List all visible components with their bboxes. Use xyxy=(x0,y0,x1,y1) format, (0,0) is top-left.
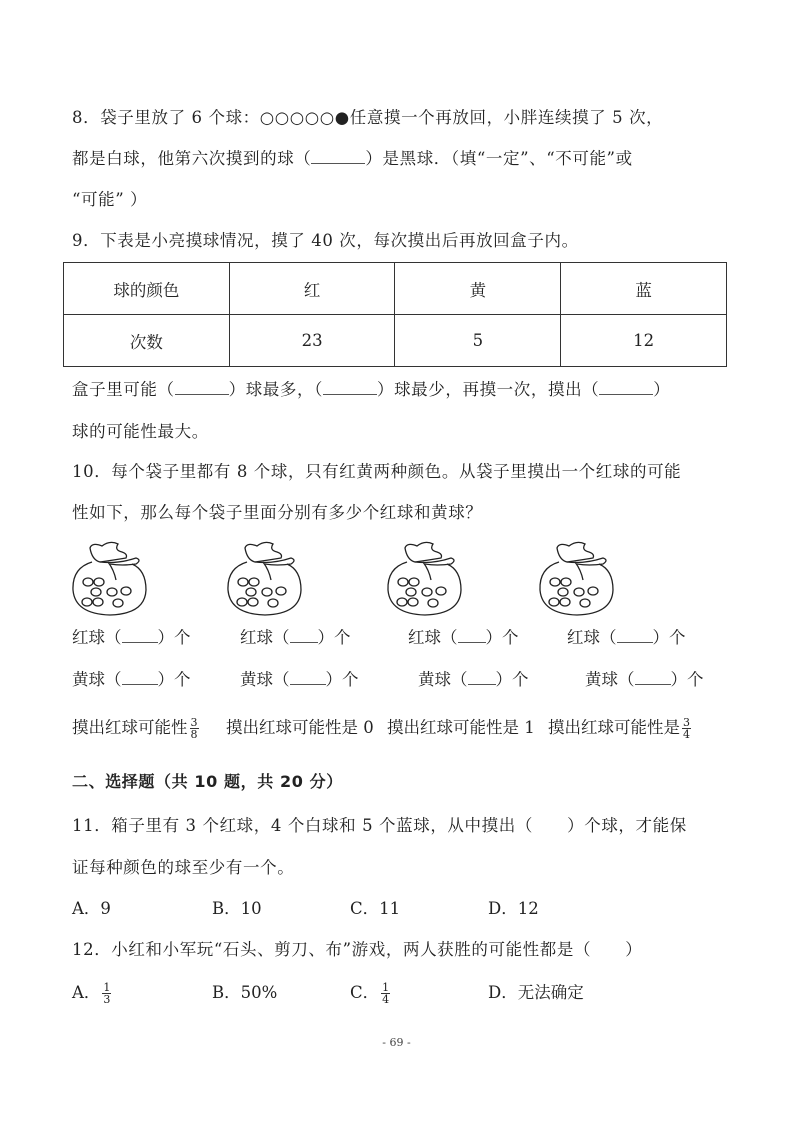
table-cell: 黄 xyxy=(395,263,561,315)
q12-stem: 12．小红和小军玩“石头、剪刀、布”游戏，两人获胜的可能性都是（ ） xyxy=(72,938,642,962)
table-cell: 23 xyxy=(229,315,395,367)
unit: ）个 xyxy=(158,628,191,647)
unit: ）个 xyxy=(318,628,351,647)
table-cell: 5 xyxy=(395,315,561,367)
q12-option-b[interactable]: B．50% xyxy=(212,981,277,1005)
caption-text: 摸出红球可能性 xyxy=(72,718,188,737)
q12-option-d[interactable]: D．无法确定 xyxy=(488,981,584,1005)
answer-blank[interactable] xyxy=(458,627,486,643)
q12-option-c[interactable]: C．14 xyxy=(350,981,392,1005)
table-cell: 球的颜色 xyxy=(64,263,230,315)
answer-blank[interactable] xyxy=(290,669,326,685)
answer-blank[interactable] xyxy=(290,627,318,643)
bag-icon xyxy=(385,540,465,618)
fraction: 34 xyxy=(682,717,691,740)
answer-blank[interactable] xyxy=(122,669,158,685)
answer-blank[interactable] xyxy=(311,148,365,164)
unit: ）个 xyxy=(158,670,191,689)
q8-line1: 8．袋子里放了 6 个球：○○○○○●任意摸一个再放回，小胖连续摸了 5 次， xyxy=(72,106,663,130)
q11-option-a[interactable]: A．9 xyxy=(72,897,111,921)
label: 黄球（ xyxy=(72,670,122,689)
q8-line2: 都是白球，他第六次摸到的球（）是黑球．（填“一定”、“不可能”或 xyxy=(72,147,633,171)
bag-icon xyxy=(70,540,150,618)
label: 黄球（ xyxy=(585,670,635,689)
bag-icon xyxy=(537,540,617,618)
q11-option-d[interactable]: D．12 xyxy=(488,897,539,921)
unit: ）个 xyxy=(496,670,529,689)
q9-stem: 9．下表是小亮摸球情况，摸了 40 次，每次摸出后再放回盒子内。 xyxy=(72,229,579,253)
label: 红球（ xyxy=(72,628,122,647)
label: 黄球（ xyxy=(418,670,468,689)
answer-blank[interactable] xyxy=(617,627,653,643)
q10-line1: 10．每个袋子里都有 8 个球，只有红黄两种颜色。从袋子里摸出一个红球的可能 xyxy=(72,460,681,484)
answer-blank[interactable] xyxy=(323,379,377,395)
page-number: - 69 - xyxy=(0,1036,793,1049)
table-cell: 12 xyxy=(561,315,727,367)
answer-blank[interactable] xyxy=(468,669,496,685)
unit: ）个 xyxy=(671,670,704,689)
option-label: A． xyxy=(72,983,100,1002)
denominator: 3 xyxy=(103,994,110,1005)
answer-blank[interactable] xyxy=(122,627,158,643)
q9-text: ）球最多，（ xyxy=(229,380,323,399)
q11-line1: 11．箱子里有 3 个红球，4 个白球和 5 个蓝球，从中摸出（ ）个球，才能保 xyxy=(72,814,687,838)
label: 黄球（ xyxy=(240,670,290,689)
caption-2: 摸出红球可能性是 0 xyxy=(226,716,374,740)
q8-text: 任意摸一个再放回，小胖连续摸了 5 次， xyxy=(350,108,664,127)
yellow-answer-1: 黄球（）个 xyxy=(72,668,191,692)
unit: ）个 xyxy=(326,670,359,689)
table-cell: 红 xyxy=(229,263,395,315)
q8-text: 都是白球，他第六次摸到的球（ xyxy=(72,149,311,168)
q9-text: 盒子里可能（ xyxy=(72,380,175,399)
unit: ）个 xyxy=(486,628,519,647)
q11-line2: 证每种颜色的球至少有一个。 xyxy=(72,856,294,880)
q9-text: ） xyxy=(653,380,670,399)
red-answer-3: 红球（）个 xyxy=(408,626,519,650)
bag-icon xyxy=(225,540,305,618)
q10-line2: 性如下，那么每个袋子里面分别有多少个红球和黄球？ xyxy=(72,501,482,525)
fraction: 38 xyxy=(190,717,199,740)
q8-text: ）是黑球．（填“一定”、“不可能”或 xyxy=(365,149,632,168)
q9-text: ）球最少，再摸一次，摸出（ xyxy=(377,380,599,399)
denominator: 4 xyxy=(382,994,389,1005)
table-row: 球的颜色 红 黄 蓝 xyxy=(64,263,727,315)
caption-3: 摸出红球可能性是 1 xyxy=(387,716,535,740)
answer-blank[interactable] xyxy=(599,379,653,395)
ball-count-table: 球的颜色 红 黄 蓝 次数 23 5 12 xyxy=(63,262,727,367)
table-cell: 蓝 xyxy=(561,263,727,315)
ball-symbols: ○○○○○● xyxy=(260,108,350,127)
fraction: 14 xyxy=(381,982,390,1005)
yellow-answer-4: 黄球（）个 xyxy=(585,668,704,692)
label: 红球（ xyxy=(408,628,458,647)
red-answer-4: 红球（）个 xyxy=(567,626,686,650)
caption-text: 摸出红球可能性是 xyxy=(548,718,680,737)
red-answer-2: 红球（）个 xyxy=(240,626,351,650)
table-cell: 次数 xyxy=(64,315,230,367)
answer-blank[interactable] xyxy=(635,669,671,685)
denominator: 4 xyxy=(683,729,690,740)
q9-line2: 球的可能性最大。 xyxy=(72,420,209,444)
option-label: C． xyxy=(350,983,379,1002)
q12-option-a[interactable]: A．13 xyxy=(72,981,113,1005)
unit: ）个 xyxy=(653,628,686,647)
q11-option-b[interactable]: B．10 xyxy=(212,897,262,921)
q9-line1: 盒子里可能（）球最多，（）球最少，再摸一次，摸出（） xyxy=(72,378,670,402)
caption-4: 摸出红球可能性是34 xyxy=(548,716,693,740)
fraction: 13 xyxy=(102,982,111,1005)
label: 红球（ xyxy=(567,628,617,647)
q11-option-c[interactable]: C．11 xyxy=(350,897,400,921)
caption-1: 摸出红球可能性38 xyxy=(72,716,201,740)
section-heading: 二、选择题（共 10 题，共 20 分） xyxy=(72,770,343,794)
yellow-answer-2: 黄球（）个 xyxy=(240,668,359,692)
label: 红球（ xyxy=(240,628,290,647)
denominator: 8 xyxy=(191,729,198,740)
answer-blank[interactable] xyxy=(175,379,229,395)
yellow-answer-3: 黄球（）个 xyxy=(418,668,529,692)
q8-text: 8．袋子里放了 6 个球： xyxy=(72,108,260,127)
q8-line3: “可能” ） xyxy=(72,188,147,212)
red-answer-1: 红球（）个 xyxy=(72,626,191,650)
table-row: 次数 23 5 12 xyxy=(64,315,727,367)
